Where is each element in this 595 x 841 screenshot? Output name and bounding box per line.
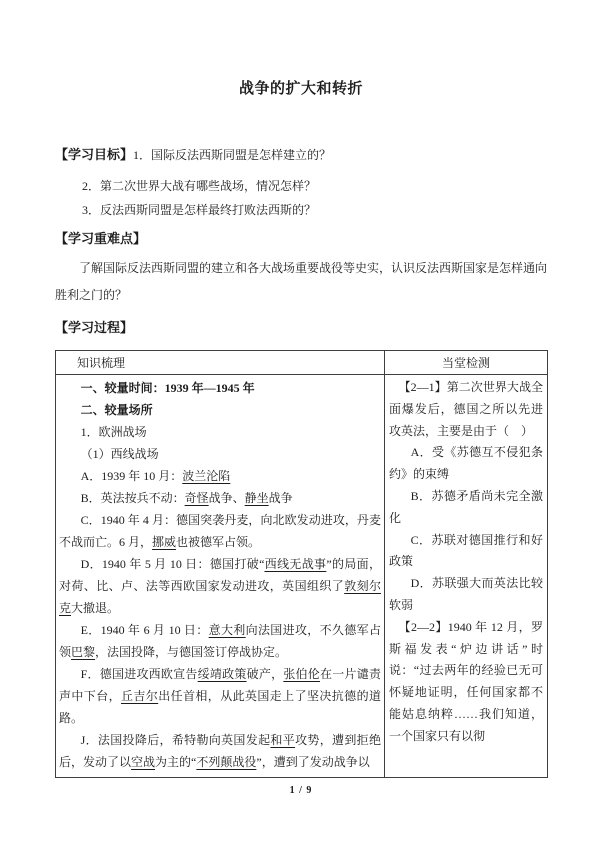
quiz-question: 【2—2】1940 年 12 月，罗斯福发表“炉边讲话”时说：“过去两年的经验已… — [389, 617, 543, 748]
underlined-term: 巴黎 — [71, 645, 95, 659]
knowledge-line: 一、较量时间：1939 年—1945 年 — [59, 377, 381, 399]
worksheet-page: 战争的扩大和转折 【学习目标】1．国际反法西斯同盟是怎样建立的？ 2．第二次世界… — [0, 0, 595, 841]
text-segment: 战争、 — [209, 491, 245, 505]
worksheet-table: 知识梳理 当堂检测 一、较量时间：1939 年—1945 年二、较量场所1．欧洲… — [55, 350, 548, 778]
page-title: 战争的扩大和转折 — [55, 0, 547, 98]
quiz-option: C．苏联对德国推行和好政策 — [389, 530, 543, 574]
objective-item-1: 1．国际反法西斯同盟是怎样建立的？ — [133, 148, 331, 162]
underlined-term: 奇怪 — [185, 491, 209, 505]
text-segment: ”，遭到了发动战争以 — [256, 755, 369, 769]
underlined-term: 张伯伦 — [283, 667, 320, 681]
text-segment: E．1940 年 6 月 10 日： — [81, 623, 209, 637]
text-segment: J．法国投降后，希特勒向英国发起 — [81, 733, 271, 747]
text-segment: （1）西线战场 — [81, 447, 159, 461]
column-header-knowledge: 知识梳理 — [56, 351, 385, 375]
knowledge-line: E．1940 年 6 月 10 日：意大利向法国进攻，不久德军占领巴黎，法国投降… — [59, 619, 381, 663]
knowledge-line: A．1939 年 10 月：波兰沦陷 — [59, 465, 381, 487]
text-segment: F．德国进攻西欧宣告 — [81, 667, 198, 681]
underlined-term: 和平 — [270, 733, 295, 747]
knowledge-line: （1）西线战场 — [59, 443, 381, 465]
text-segment: 战争 — [269, 491, 293, 505]
text-segment: 大撤退。 — [71, 601, 119, 615]
text-segment: 一、较量时间：1939 年—1945 年 — [81, 381, 255, 395]
table-header-row: 知识梳理 当堂检测 — [56, 351, 548, 375]
underlined-term: 挪威 — [152, 535, 176, 549]
underlined-term: 丘吉尔 — [121, 689, 158, 703]
quiz-option: B．苏德矛盾尚未完全激化 — [389, 486, 543, 530]
knowledge-line: D．1940 年 5 月 10 日：德国打破“西线无战事”的局面，对荷、比、卢、… — [59, 553, 381, 619]
knowledge-line: F．德国进攻西欧宣告绥靖政策破产，张伯伦在一片谴责声中下台，丘吉尔出任首相，从此… — [59, 663, 381, 729]
quiz-option: D．苏联强大而英法比较软弱 — [389, 573, 543, 617]
text-segment: 1．欧洲战场 — [81, 425, 147, 439]
text-segment: 二、较量场所 — [81, 403, 153, 417]
text-segment: 也被德军占领。 — [176, 535, 260, 549]
underlined-term: 意大利 — [209, 623, 246, 637]
knowledge-cell: 一、较量时间：1939 年—1945 年二、较量场所1．欧洲战场（1）西线战场A… — [56, 375, 385, 778]
text-segment: 为主的“ — [155, 755, 196, 769]
underlined-term: 西线无战事 — [264, 557, 326, 571]
knowledge-line: B．英法按兵不动：奇怪战争、静坐战争 — [59, 487, 381, 509]
key-points-header: 【学习重难点】 — [55, 228, 547, 247]
process-header: 【学习过程】 — [55, 317, 547, 336]
page-number: 1 / 9 — [55, 785, 547, 796]
objective-item-3: 3．反法西斯同盟是怎样最终打败法西斯的？ — [82, 198, 547, 222]
quiz-cell: 【2—1】第二次世界大战全面爆发后，德国之所以先进攻英法，主要是由于（ ）A．受… — [385, 375, 548, 778]
underlined-term: 绥靖政策 — [198, 667, 247, 681]
key-points-body: 了解国际反法西斯同盟的建立和各大战场重要战役等史实，认识反法西斯国家是怎样通向胜… — [55, 255, 547, 309]
objective-item-2: 2．第二次世界大战有哪些战场，情况怎样？ — [82, 174, 547, 198]
table-body-row: 一、较量时间：1939 年—1945 年二、较量场所1．欧洲战场（1）西线战场A… — [56, 375, 548, 778]
page-content: 战争的扩大和转折 【学习目标】1．国际反法西斯同盟是怎样建立的？ 2．第二次世界… — [0, 0, 595, 796]
objectives-header: 【学习目标】 — [55, 147, 133, 162]
knowledge-line: C．1940 年 4 月：德国突袭丹麦，向北欧发动进攻，丹麦不战而亡。6 月，挪… — [59, 509, 381, 553]
knowledge-line: 1．欧洲战场 — [59, 421, 381, 443]
underlined-term: 空战 — [131, 755, 155, 769]
knowledge-line: 二、较量场所 — [59, 399, 381, 421]
underlined-term: 不列颠战役 — [196, 755, 256, 769]
text-segment: D．1940 年 5 月 10 日：德国打破“ — [81, 557, 265, 571]
knowledge-line: J．法国投降后，希特勒向英国发起和平攻势，遭到拒绝后，发动了以空战为主的“不列颠… — [59, 729, 381, 773]
quiz-option: A．受《苏德互不侵犯条约》的束缚 — [389, 442, 543, 486]
underlined-term: 静坐 — [245, 491, 269, 505]
text-segment: 破产， — [247, 667, 284, 681]
text-segment: B．英法按兵不动： — [81, 491, 185, 505]
section-objectives: 【学习目标】1．国际反法西斯同盟是怎样建立的？ — [55, 144, 547, 163]
underlined-term: 波兰沦陷 — [182, 469, 230, 483]
quiz-question: 【2—1】第二次世界大战全面爆发后，德国之所以先进攻英法，主要是由于（ ） — [389, 377, 543, 442]
text-segment: ，法国投降，与德国签订停战协定。 — [95, 645, 287, 659]
text-segment: A．1939 年 10 月： — [81, 469, 183, 483]
column-header-quiz: 当堂检测 — [385, 351, 548, 375]
